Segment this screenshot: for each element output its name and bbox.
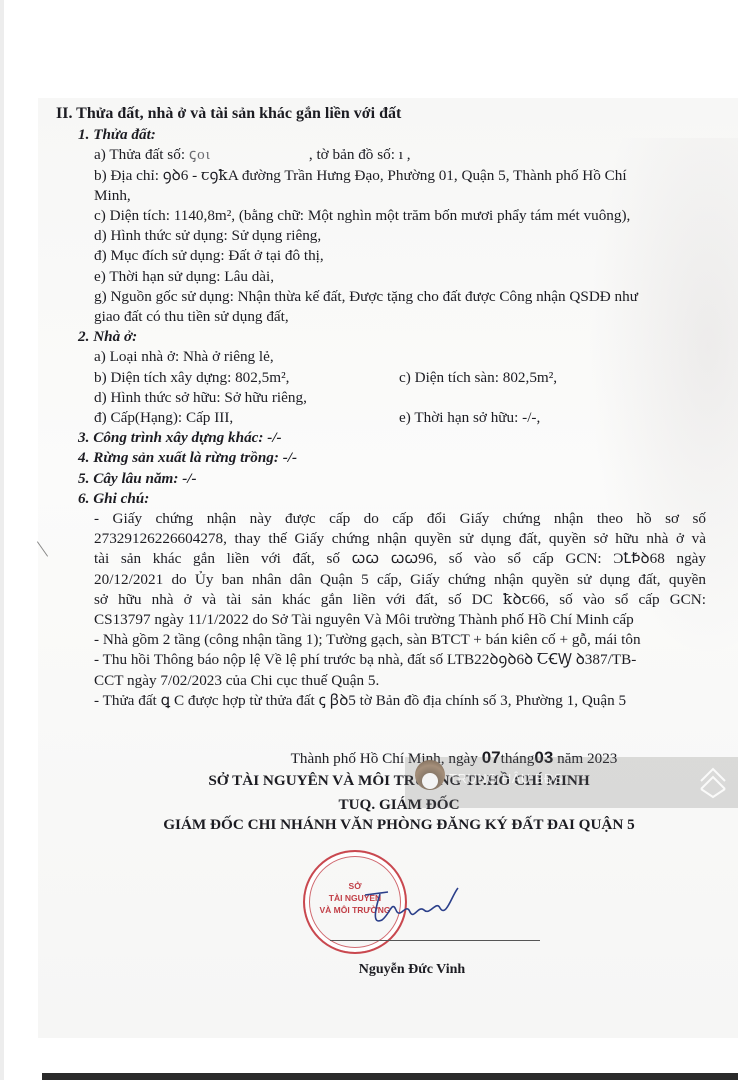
land-heading: 1. Thửa đất: bbox=[56, 125, 706, 145]
ownership-term: e) Thời hạn sở hữu: -/-, bbox=[399, 408, 540, 428]
house-ownership: d) Hình thức sở hữu: Sở hữu riêng, bbox=[56, 388, 706, 408]
notes-heading: 6. Ghi chú: bbox=[56, 489, 706, 509]
house-heading: 2. Nhà ở: bbox=[56, 327, 706, 347]
note-line: 20/12/2021 do Ủy ban nhân dân Quận 5 cấp… bbox=[56, 570, 706, 590]
left-border bbox=[0, 0, 4, 1080]
house-type: a) Loại nhà ở: Nhà ở riêng lẻ, bbox=[56, 347, 706, 367]
watermark-name: TRUNG HẬU BĐS bbox=[449, 771, 563, 786]
use-term: e) Thời hạn sử dụng: Lâu dài, bbox=[56, 267, 706, 287]
note-line: sở hữu nhà ở và tài sản khác gắn liền vớ… bbox=[56, 590, 706, 610]
watermark-overlay: TRUNG HẬU BĐS bbox=[405, 757, 738, 808]
production-forest: 4. Rừng sản xuất là rừng trồng: -/- bbox=[56, 448, 706, 468]
signature-line bbox=[330, 940, 540, 941]
house-grade: đ) Cấp(Hạng): Cấp III, bbox=[94, 408, 399, 428]
parcel-label: a) Thửa đất số: bbox=[94, 146, 185, 163]
parcel-number: ꞔoι bbox=[189, 145, 309, 165]
section-title: II. Thửa đất, nhà ở và tài sản khác gắn … bbox=[56, 104, 706, 124]
parcel-line: a) Thửa đất số: ꞔoι, tờ bản đồ số: ı , bbox=[56, 145, 706, 165]
use-form: d) Hình thức sử dụng: Sử dụng riêng, bbox=[56, 226, 706, 246]
bottom-edge bbox=[42, 1073, 738, 1080]
chevron-stack-logo-icon bbox=[698, 765, 728, 799]
address-line-1: b) Địa chỉ: ꝯꝺ6 - ꞇꝯꝁA đường Trần Hưng Đ… bbox=[56, 166, 706, 186]
use-purpose: đ) Mục đích sử dụng: Đất ở tại đô thị, bbox=[56, 246, 706, 266]
house-grade-row: đ) Cấp(Hạng): Cấp III, e) Thời hạn sở hữ… bbox=[56, 408, 706, 428]
address-line-2: Minh, bbox=[56, 186, 706, 206]
note-line: CCT ngày 7/02/2023 của Chi cục thuế Quận… bbox=[56, 671, 706, 691]
note-line: - Nhà gồm 2 tầng (công nhận tầng 1); Tườ… bbox=[56, 630, 706, 650]
note-line: tài sản khác gắn liền với đất, số ꞷꞷ ꞷꞷ9… bbox=[56, 549, 706, 569]
floor-area: c) Diện tích sàn: 802,5m², bbox=[399, 368, 557, 388]
perennial-trees: 5. Cây lâu năm: -/- bbox=[56, 469, 706, 489]
profile-avatar bbox=[415, 760, 445, 790]
land-area: c) Diện tích: 1140,8m², (bằng chữ: Một n… bbox=[56, 206, 706, 226]
use-origin-2: giao đất có thu tiền sử dụng đất, bbox=[56, 307, 706, 327]
other-construction: 3. Công trình xây dựng khác: -/- bbox=[56, 428, 706, 448]
note-line: 27329126226604278, thay thế Giấy chứng n… bbox=[56, 529, 706, 549]
signer-name: Nguyễn Đức Vinh bbox=[0, 962, 738, 978]
signature-mark bbox=[360, 880, 470, 930]
note-line: - Thửa đất ꝗ C được hợp từ thửa đất ꞔ ꞵꝺ… bbox=[56, 691, 706, 711]
use-origin-1: g) Nguồn gốc sử dụng: Nhận thừa kế đất, … bbox=[56, 287, 706, 307]
note-line: - Thu hồi Thông báo nộp lệ Về lệ phí trư… bbox=[56, 650, 706, 670]
house-area-row: b) Diện tích xây dựng: 802,5m², c) Diện … bbox=[56, 368, 706, 388]
note-line: - Giấy chứng nhận này được cấp do cấp đổ… bbox=[56, 509, 706, 529]
note-line: CS13797 ngày 11/1/2022 do Sở Tài nguyên … bbox=[56, 610, 706, 630]
built-area: b) Diện tích xây dựng: 802,5m², bbox=[94, 368, 399, 388]
map-sheet: , tờ bản đồ số: ı , bbox=[309, 146, 411, 163]
signer-title: GIÁM ĐỐC CHI NHÁNH VĂN PHÒNG ĐĂNG KÝ ĐẤT… bbox=[30, 816, 738, 834]
land-certificate-page: II. Thửa đất, nhà ở và tài sản khác gắn … bbox=[56, 104, 706, 711]
